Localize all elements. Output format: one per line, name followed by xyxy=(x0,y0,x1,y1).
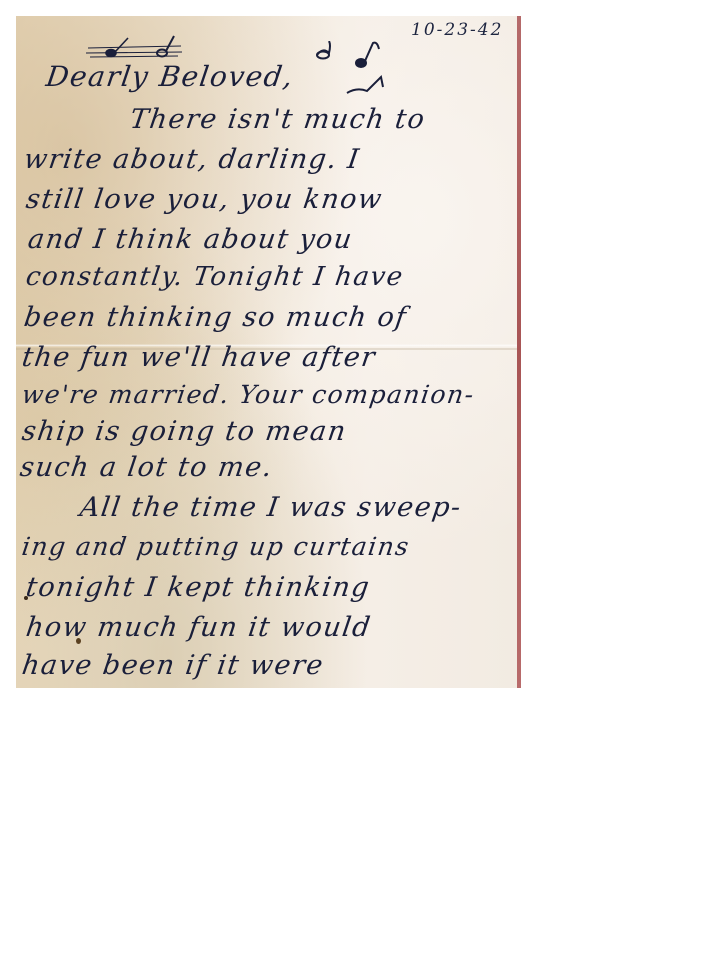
letter-line: have been if it were xyxy=(20,650,326,681)
letter-line: been thinking so much of xyxy=(22,302,409,333)
letter-line: ship is going to mean xyxy=(20,416,349,447)
letter-line: how much fun it would xyxy=(24,612,373,643)
letter-line: There isn't much to xyxy=(128,104,428,135)
letter-line: such a lot to me. xyxy=(18,452,275,483)
letter-line: constantly. Tonight I have xyxy=(24,262,406,292)
music-notes-icon xyxy=(311,41,391,101)
letter-line: we're married. Your companion- xyxy=(20,380,477,409)
letter-line: the fun we'll have after xyxy=(20,342,378,373)
letter-line: ing and putting up curtains xyxy=(20,532,412,561)
letter-salutation: Dearly Beloved, xyxy=(44,60,296,93)
letter-page: 10-23-42 Dearly Beloved, There isn't muc… xyxy=(16,16,521,688)
letter-line: still love you, you know xyxy=(24,184,385,215)
letter-line: write about, darling. I xyxy=(22,144,362,175)
letter-line: and I think about you xyxy=(26,224,355,255)
letter-line: All the time I was sweep- xyxy=(78,492,464,523)
letter-date: 10-23-42 xyxy=(411,20,503,40)
letter-line: tonight I kept thinking xyxy=(24,572,372,603)
